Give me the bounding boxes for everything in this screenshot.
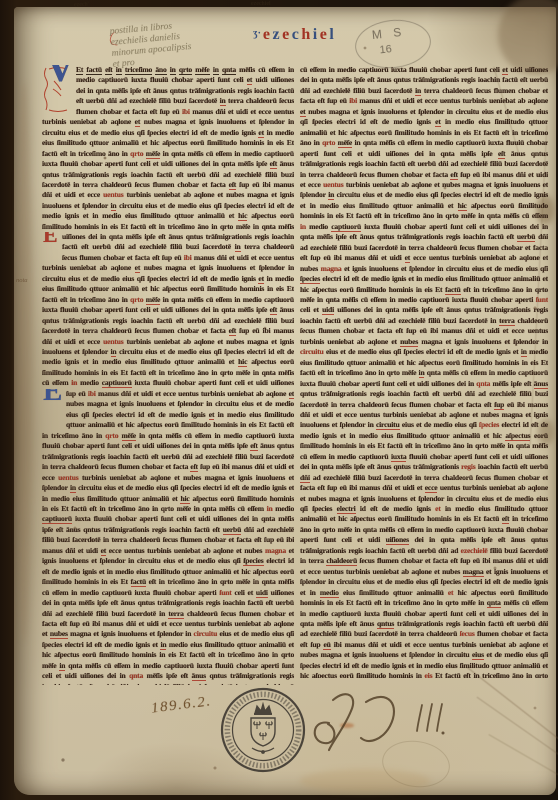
paragraph: E ſup eū ibi manus dñi et uidi et ecce u… [42, 389, 294, 685]
stain [16, 82, 32, 642]
ink-speckles [14, 7, 16, 9]
ms-mark-number: 16 [379, 43, 392, 56]
stain [300, 769, 430, 793]
title-letter: e [282, 26, 292, 43]
title-letter: e [320, 26, 330, 43]
ink-mark-M [412, 699, 448, 741]
gothic-text: uiſiones dei in qnta mēſis ipſe eſt ānus… [42, 232, 294, 389]
shelfmark-handwritten: 189.6.2. [150, 693, 212, 717]
stain [498, 0, 558, 75]
title-letter: c [292, 26, 302, 43]
crease [477, 697, 558, 767]
crease [488, 734, 558, 785]
top-edge-note-left: ezech' [74, 2, 89, 9]
decorated-initial-blue-E: E [42, 390, 63, 421]
page-title: ʒ·ezechiel [253, 26, 336, 44]
gothic-text: cū eſſem in medio captiuorū iuxta fluuiū… [300, 65, 548, 678]
title-prefix-mark: ʒ· [253, 28, 261, 39]
manuscript-photo: ezech' ezechiel postilla in libros ezech… [0, 0, 558, 800]
faded-title-inscription: postilla in libros ezechielis danielis m… [109, 13, 272, 71]
crown-icon [254, 704, 272, 714]
paragraph: E uiſiones dei in qnta mēſis ipſe eſt ān… [42, 232, 294, 389]
calligraphic-N-flourish [302, 683, 420, 768]
decorated-initial-blue-V: V [42, 67, 72, 112]
title-letter: l [329, 26, 336, 43]
text-column-right: cū eſſem in medio captiuorū iuxta fluuiū… [300, 65, 548, 678]
library-stamp [219, 686, 307, 774]
gothic-text: ſup eū ibi manus dñi et uidi et ecce uen… [42, 389, 294, 685]
paragraph: V Et factū eſt in triceſimo āno in qrto … [42, 65, 294, 232]
top-edge-note-center: ezechiel [251, 1, 271, 7]
title-letter: e [263, 26, 273, 43]
decorated-initial-red-E: E [42, 233, 59, 255]
title-letter: i [313, 26, 320, 43]
paragraph: cū eſſem in medio captiuorū iuxta fluuiū… [300, 65, 548, 678]
fleur-de-lis-shield-icon [251, 718, 275, 746]
margin-note-nota: nota [16, 277, 28, 284]
parchment-page: ezech' ezechiel postilla in libros ezech… [14, 7, 556, 795]
ms-shelfmark-pencil-circle: M S 16 [353, 16, 434, 72]
ms-mark-text: M S [371, 25, 406, 42]
gothic-text: Et factū eſt in triceſimo āno in qrto mē… [42, 65, 294, 232]
title-letter: h [301, 26, 312, 43]
title-letter: z [273, 26, 283, 43]
text-column-left: V Et factū eſt in triceſimo āno in qrto … [42, 65, 294, 685]
